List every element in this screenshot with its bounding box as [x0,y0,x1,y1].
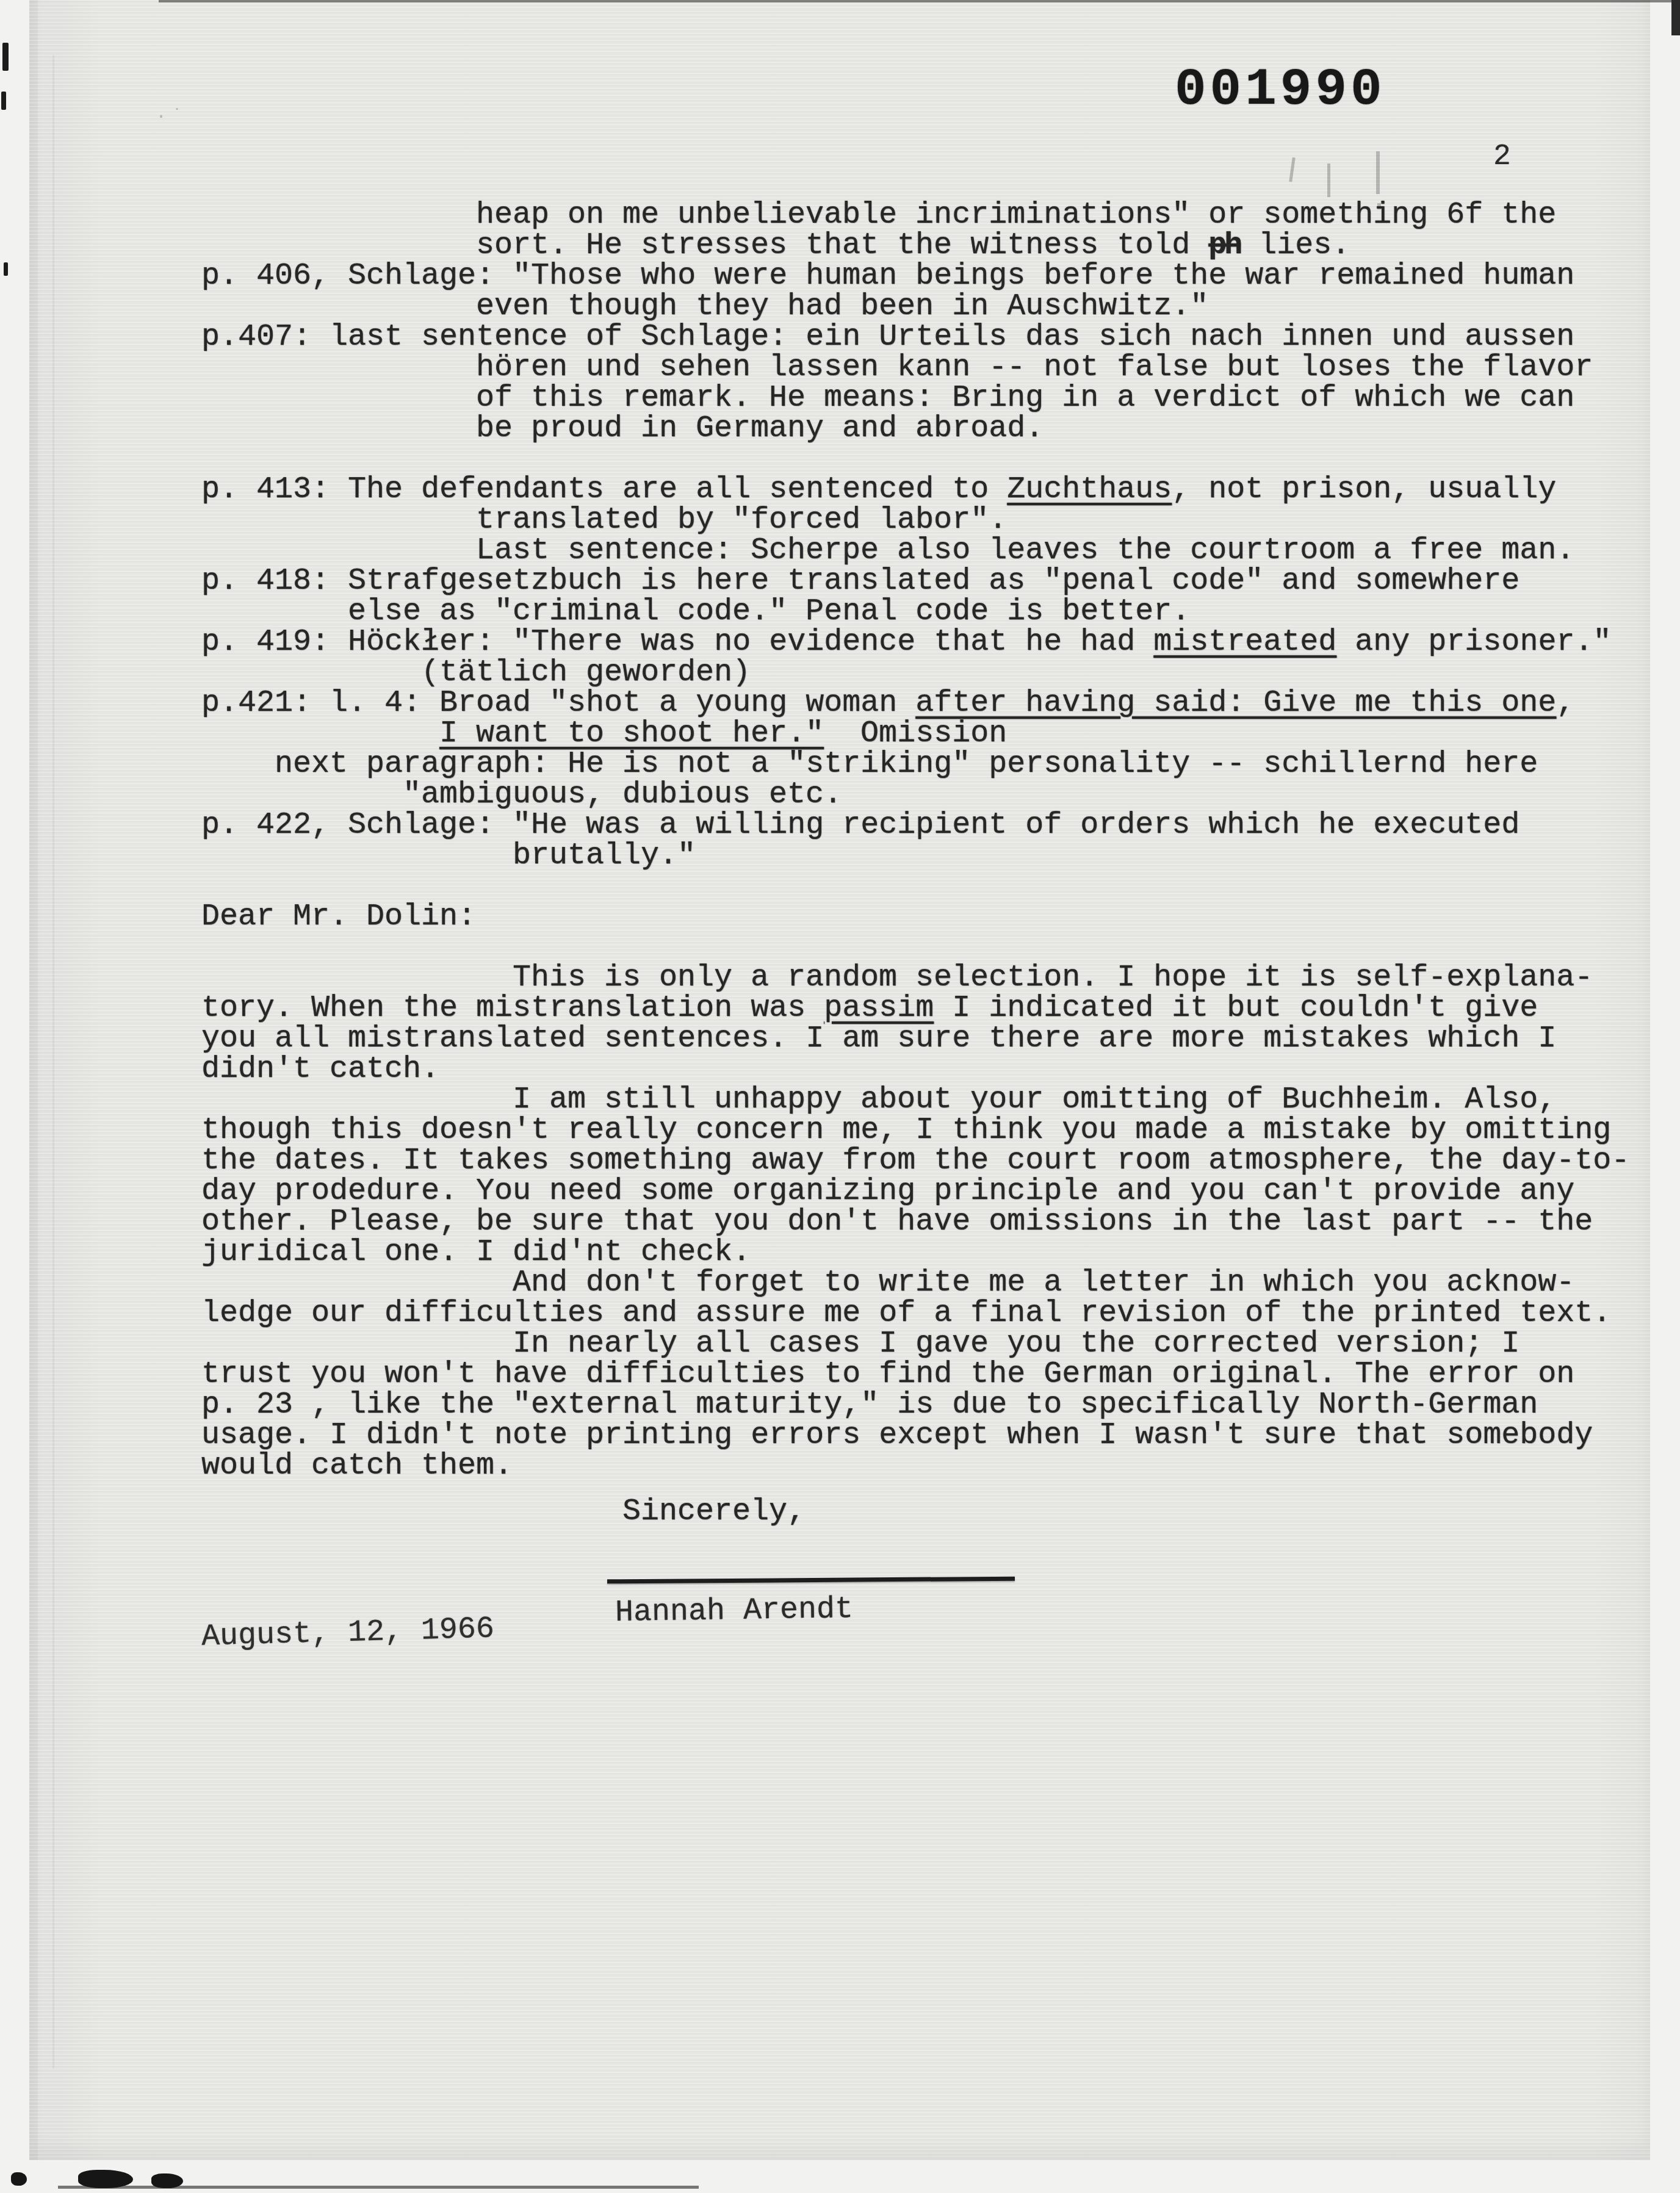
typed-text: p. 419: Höckłer: "There was no evidence … [201,625,1153,660]
letter-line: of this remark. He means: Bring in a ver… [201,383,1666,414]
typed-text: Sincerely, [622,1494,806,1529]
scan-artifact [1,92,6,110]
underlined-text: after having said: Give me this one [915,686,1556,721]
letter-line: Sincerely, [201,1497,1666,1527]
letter-line: tory. When the mistranslation was passim… [201,993,1666,1024]
letter-line: would catch them. [201,1451,1666,1482]
document-id-stamp: 001990 [1175,60,1386,120]
typed-text: lies. [1240,228,1350,263]
typed-text: , [1556,686,1574,721]
typed-text: brutally." [513,838,696,873]
pencil-smudge: ·˙ [156,107,187,128]
letter-line: heap on me unbelievable incriminations" … [201,200,1666,231]
typed-text: be proud in Germany and abroad. [476,411,1044,446]
underlined-text: Zuchthaus [1007,472,1172,507]
letter-line: p.407: last sentence of Schlage: ein Urt… [201,322,1666,353]
typed-text: trust you won't have difficulties to fin… [201,1357,1574,1392]
letter-line: trust you won't have difficulties to fin… [201,1359,1666,1390]
typed-text: p.421: l. 4: Broad "shot a young woman [201,686,915,721]
typed-text: juridical one. I did'nt check. [201,1235,751,1270]
typed-text: Omission [824,716,1007,751]
scan-artifact [78,2170,133,2188]
typed-text: sort. He stresses that the witness told [476,228,1208,263]
letter-line: I want to shoot her." Omission [201,719,1666,749]
letter-line: In nearly all cases I gave you the corre… [201,1329,1666,1359]
typed-text: else as "criminal code." Penal code is b… [348,594,1190,629]
typed-text: p. 418: Strafgesetzbuch is here translat… [201,564,1520,599]
struck-over-text: ph [1208,228,1240,263]
letter-line: This is only a random selection. I hope … [201,963,1666,993]
typed-text: p.407: last sentence of Schlage: ein Urt… [201,320,1574,355]
typed-text: would catch them. [201,1449,513,1483]
letter-line: next paragraph: He is not a "striking" p… [201,749,1666,780]
letter-line: Last sentence: Scherpe also leaves the c… [201,536,1666,566]
typed-text: p. 23 , like the "external maturity," is… [201,1388,1538,1422]
scan-artifact [1671,0,1680,35]
letter-body: heap on me unbelievable incriminations" … [201,200,1666,1527]
typed-text: I indicated it but couldn't give [934,991,1538,1026]
typed-text: other. Please, be sure that you don't ha… [201,1205,1593,1239]
letter-line: p. 23 , like the "external maturity," is… [201,1390,1666,1421]
typed-text: hören und sehen lassen kann -- not false… [476,350,1593,385]
letter-line: other. Please, be sure that you don't ha… [201,1207,1666,1237]
letter-line: p. 413: The defendants are all sentenced… [201,475,1666,505]
letter-line: p. 422, Schlage: "He was a willing recip… [201,810,1666,841]
letter-line: (tätlich geworden) [201,658,1666,688]
typed-text: p. 406, Schlage: "Those who were human b… [201,259,1574,293]
letter-line: else as "criminal code." Penal code is b… [201,597,1666,627]
typed-text: (tätlich geworden) [421,655,751,690]
scan-artifact [11,2172,27,2186]
letter-line: And don't forget to write me a letter in… [201,1268,1666,1298]
letter-line: day prodedure. You need some organizing … [201,1176,1666,1207]
letter-line: didn't catch. [201,1054,1666,1085]
typed-text: , not prison, usually [1172,472,1556,507]
typed-text: heap on me unbelievable incriminations" … [476,198,1556,232]
underlined-text: mistreated [1153,625,1336,660]
blank-line [201,932,1666,963]
typed-text: even though they had been in Auschwitz." [476,289,1208,324]
typed-text: Last sentence: Scherpe also leaves the c… [476,533,1574,568]
typed-text: you all mistranslated sentences. I am su… [201,1021,1556,1056]
letter-line: brutally." [201,841,1666,871]
typed-text: p. 413: The defendants are all sentenced… [201,472,1007,507]
typed-text: of this remark. He means: Bring in a ver… [476,381,1574,416]
scan-artifact [151,2173,183,2188]
underlined-text: I want to shoot her." [439,716,824,751]
typed-text: next paragraph: He is not a "striking" p… [275,747,1538,782]
scan-artifact [2,43,9,71]
typed-text: In nearly all cases I gave you the corre… [513,1327,1520,1361]
typed-text: translated by "forced labor". [476,503,1007,538]
letter-line: the dates. It takes something away from … [201,1146,1666,1176]
letter-line: p. 406, Schlage: "Those who were human b… [201,261,1666,292]
letter-line: "ambiguous, dubious etc. [201,780,1666,810]
typed-text: This is only a random selection. I hope … [513,960,1593,995]
page-number: 2 [1493,140,1511,173]
typed-text: the dates. It takes something away from … [201,1143,1629,1178]
scan-artifact [4,262,8,276]
blank-line [201,871,1666,902]
typed-text: ledge our difficulties and assure me of … [201,1296,1611,1331]
letter-line: be proud in Germany and abroad. [201,414,1666,444]
scan-artifact [159,0,1680,2]
typed-text: Dear Mr. Dolin: [201,899,476,934]
underlined-text: passim [824,991,934,1026]
typed-text: usage. I didn't note printing errors exc… [201,1418,1593,1453]
paper-crease [52,55,54,2069]
letter-line: I am still unhappy about your omitting o… [201,1085,1666,1115]
typed-text: day prodedure. You need some organizing … [201,1174,1574,1209]
typed-text: though this doesn't really concern me, I… [201,1113,1611,1148]
letter-line: even though they had been in Auschwitz." [201,292,1666,322]
letter-line: p. 419: Höckłer: "There was no evidence … [201,627,1666,658]
typed-text: any prisoner." [1336,625,1611,660]
letter-line: p.421: l. 4: Broad "shot a young woman a… [201,688,1666,719]
letter-line: ledge our difficulties and assure me of … [201,1298,1666,1329]
typed-text: p. 422, Schlage: "He was a willing recip… [201,808,1520,843]
letter-line: hören und sehen lassen kann -- not false… [201,353,1666,383]
letter-line: you all mistranslated sentences. I am su… [201,1024,1666,1054]
typed-text: tory. When the mistranslation was [201,991,824,1026]
letter-line: sort. He stresses that the witness told … [201,231,1666,261]
letter-line: juridical one. I did'nt check. [201,1237,1666,1268]
letter-line: translated by "forced labor". [201,505,1666,536]
letter-line: usage. I didn't note printing errors exc… [201,1421,1666,1451]
letter-line: p. 418: Strafgesetzbuch is here translat… [201,566,1666,597]
typed-text: didn't catch. [201,1052,439,1087]
typed-text: I am still unhappy about your omitting o… [513,1082,1556,1117]
typed-text: And don't forget to write me a letter in… [513,1266,1574,1300]
letter-line: though this doesn't really concern me, I… [201,1115,1666,1146]
letter-line: Dear Mr. Dolin: [201,902,1666,932]
typed-text: "ambiguous, dubious etc. [403,777,842,812]
blank-line [201,1482,1666,1497]
document-scan-page: ·˙ 001990 2 heap on me unbelievable incr… [0,0,1680,2193]
signature-name: Hannah Arendt [615,1592,854,1630]
blank-line [201,444,1666,475]
